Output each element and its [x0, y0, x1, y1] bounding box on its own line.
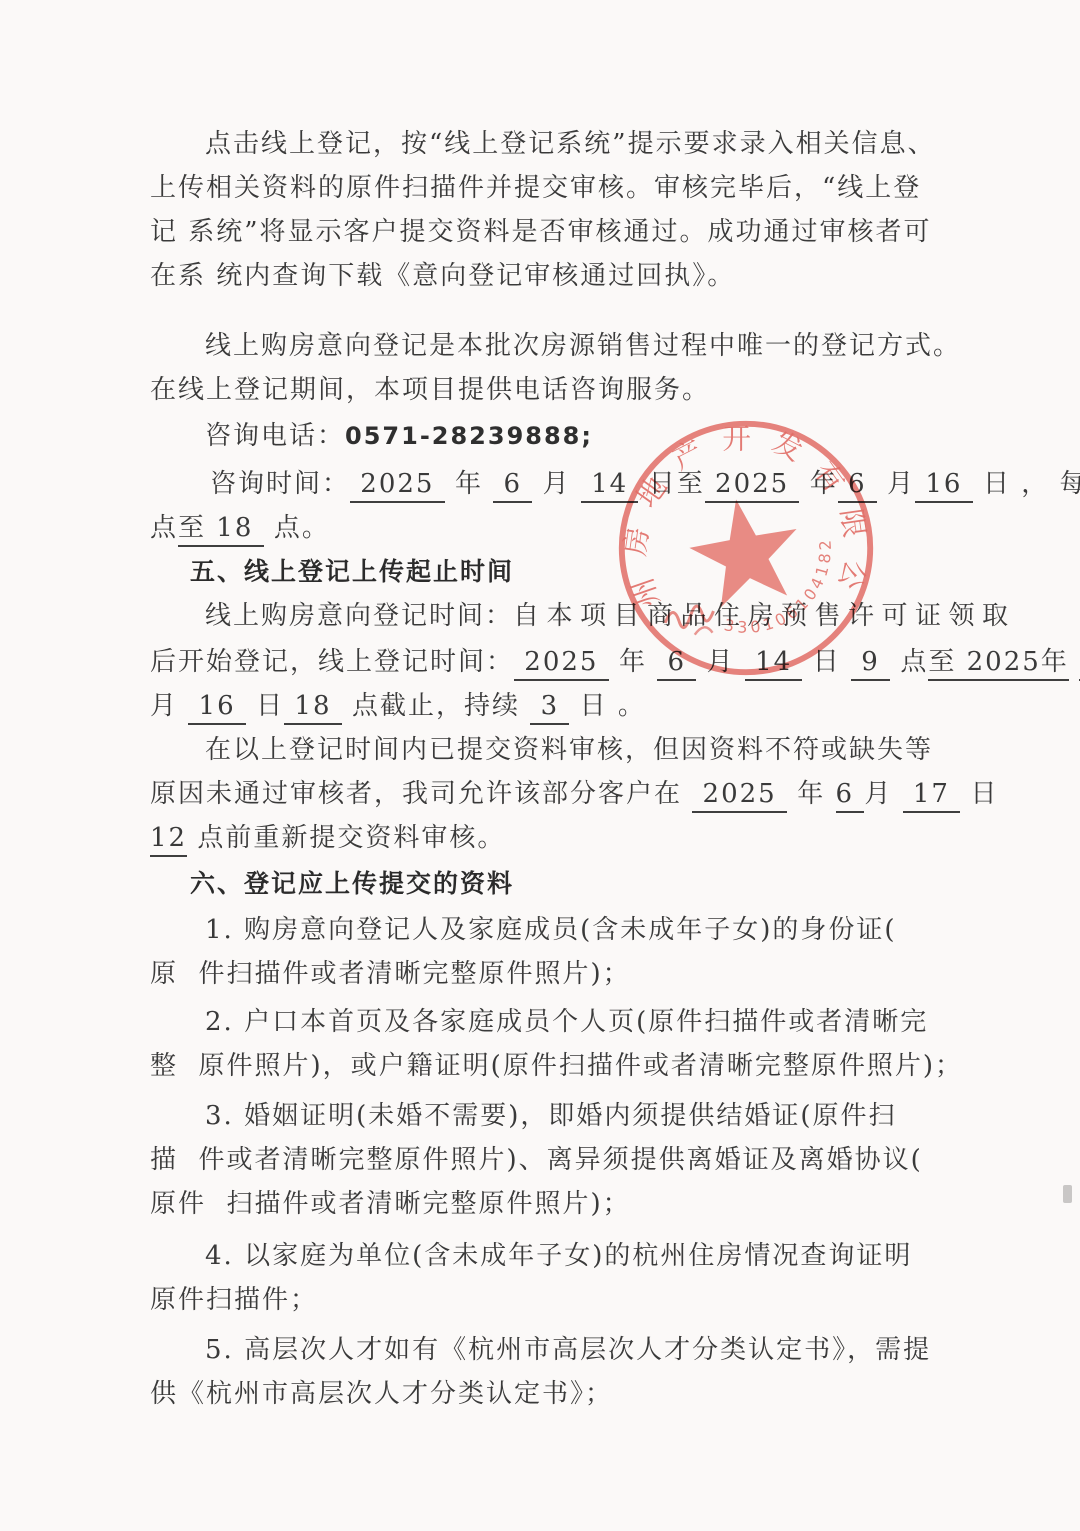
para5-line1: 线上购房意向登记时间：自本项目商品住房预售许可证领取	[150, 594, 950, 638]
section-5-heading: 五、线上登记上传起止时间	[150, 550, 950, 594]
text-segment: 在线上登记期间，本项目提供电话咨询服务。	[150, 375, 710, 405]
text-segment: 咨询电话：	[205, 421, 345, 451]
item3-line3: 原件 扫描件或者清晰完整原件照片)；	[150, 1182, 950, 1226]
text-segment: 月	[150, 691, 188, 721]
text-segment: 点	[150, 513, 178, 543]
blank-underlined-value: 2025	[692, 779, 787, 813]
blank-underlined-value: 16	[188, 691, 246, 725]
blank-underlined-value: 9	[851, 647, 890, 681]
text-segment: 原因未通过审核者，我司允许该部分客户在	[150, 779, 692, 809]
text-segment: 后开始登记，线上登记时间：	[150, 647, 514, 677]
para1-line2: 上传相关资料的原件扫描件并提交审核。审核完毕后，“线上登	[150, 166, 950, 210]
text-segment: 3. 婚姻证明(未婚不需要)，即婚内须提供结婚证(原件扫	[205, 1101, 897, 1131]
text-segment: 原 件扫描件或者清晰完整原件照片)；	[150, 959, 631, 989]
consult-phone-line: 咨询电话：0571-28239888;	[150, 414, 950, 458]
para5-line3: 月 16 日 18 点截止，持续 3 日 。	[150, 684, 950, 728]
text-segment: 1. 购房意向登记人及家庭成员(含未成年子女)的身份证(	[205, 915, 897, 945]
item5-line2: 供《杭州市高层次人才分类认定书》；	[150, 1372, 950, 1416]
text-segment: 年	[787, 779, 836, 809]
para6-line1: 在以上登记时间内已提交资料审核，但因资料不符或缺失等	[150, 728, 950, 772]
blank-underlined-value: 2025	[705, 469, 800, 503]
para6-line3: 12 点前重新提交资料审核。	[150, 816, 950, 860]
text-segment: 原件扫描件；	[150, 1285, 318, 1315]
blank-underlined-value: 14	[581, 469, 639, 503]
text-segment: 日	[638, 469, 676, 499]
text-segment: 4. 以家庭为单位(含未成年子女)的杭州住房情况查询证明	[205, 1241, 912, 1271]
text-segment: 点击线上登记，按“线上登记系统”提示要求录入相关信息、	[205, 129, 936, 159]
blank-underlined-value: 3	[530, 691, 569, 725]
text-segment: 点截止，持续	[342, 691, 531, 721]
blank-underlined-value: 至 2025年	[928, 647, 1068, 681]
item3-line1: 3. 婚姻证明(未婚不需要)，即婚内须提供结婚证(原件扫	[150, 1094, 950, 1138]
para6-line2: 原因未通过审核者，我司允许该部分客户在 2025 年 6 月 17 日	[150, 772, 950, 816]
document-body: 点击线上登记，按“线上登记系统”提示要求录入相关信息、上传相关资料的原件扫描件并…	[150, 122, 950, 1416]
item3-line2: 描 件或者清晰完整原件照片)、离异须提供离婚证及离婚协议(	[150, 1138, 950, 1182]
blank-underlined-value: 2025	[350, 469, 445, 503]
text-segment: 日	[246, 691, 284, 721]
item2-line2: 整 原件照片)，或户籍证明(原件扫描件或者清晰完整原件照片)；	[150, 1044, 950, 1088]
text-segment: 线上购房意向登记时间：	[205, 601, 513, 631]
text-segment: 日 。	[569, 691, 646, 721]
text-segment: 记 系统”将显示客户提交资料是否审核通过。成功通过审核者可	[150, 217, 932, 247]
text-segment: 日	[802, 647, 851, 677]
para2-line1: 线上购房意向登记是本批次房源销售过程中唯一的登记方式。	[150, 324, 950, 368]
text-segment: 年	[445, 469, 494, 499]
text-segment: 月	[696, 647, 745, 677]
consult-time-line1: 咨询时间： 2025 年 6 月 14 日至 2025 年 6 月 16 日 ，…	[150, 462, 950, 506]
text-segment: 年	[609, 647, 658, 677]
text-segment: 上传相关资料的原件扫描件并提交审核。审核完毕后，“线上登	[150, 173, 921, 203]
text-segment: 点	[890, 647, 928, 677]
text-segment: 咨询时间：	[210, 469, 350, 499]
item4-line1: 4. 以家庭为单位(含未成年子女)的杭州住房情况查询证明	[150, 1234, 950, 1278]
scanned-document-page: 点击线上登记，按“线上登记系统”提示要求录入相关信息、上传相关资料的原件扫描件并…	[0, 0, 1080, 1531]
item5-line1: 5. 高层次人才如有《杭州市高层次人才分类认定书》，需提	[150, 1328, 950, 1372]
text-segment: 原件 扫描件或者清晰完整原件照片)；	[150, 1189, 631, 1219]
para1-line4: 在系 统内查询下载《意向登记审核通过回执》。	[150, 254, 950, 298]
blank-underlined-value: 2025	[514, 647, 609, 681]
text-segment: 日 ， 每 天	[973, 469, 1080, 499]
text-segment: 自本项目商品住房预售许可证领取	[513, 601, 1016, 631]
text-segment: 点前重新提交资料审核。	[187, 823, 505, 853]
blank-underlined-value: 12	[150, 823, 187, 857]
text-segment: 在系 统内查询下载《意向登记审核通过回执》。	[150, 261, 735, 291]
item4-line2: 原件扫描件；	[150, 1278, 950, 1322]
para1-line3: 记 系统”将显示客户提交资料是否审核通过。成功通过审核者可	[150, 210, 950, 254]
blank-underlined-value: 6	[493, 469, 532, 503]
text-segment: 月	[532, 469, 581, 499]
text-segment: 点。	[264, 513, 330, 543]
text-segment: 整 原件照片)，或户籍证明(原件扫描件或者清晰完整原件照片)；	[150, 1051, 963, 1081]
item1-line2: 原 件扫描件或者清晰完整原件照片)；	[150, 952, 950, 996]
item1-line1: 1. 购房意向登记人及家庭成员(含未成年子女)的身份证(	[150, 908, 950, 952]
item2-line1: 2. 户口本首页及各家庭成员个人页(原件扫描件或者清晰完	[150, 1000, 950, 1044]
para1-line1: 点击线上登记，按“线上登记系统”提示要求录入相关信息、	[150, 122, 950, 166]
blank-underlined-value: 6	[838, 469, 877, 503]
text-segment: 五、线上登记上传起止时间	[190, 557, 514, 586]
blank-underlined-value: 14	[745, 647, 803, 681]
text-segment: 描 件或者清晰完整原件照片)、离异须提供离婚证及离婚协议(	[150, 1145, 923, 1175]
scan-artifact	[1063, 1185, 1072, 1203]
blank-underlined-value: 至 18	[178, 513, 264, 547]
blank-underlined-value: 6	[657, 647, 696, 681]
para5-line2: 后开始登记，线上登记时间： 2025 年 6 月 14 日 9 点至 2025年…	[150, 640, 950, 684]
blank-underlined-value: 6	[836, 779, 865, 813]
text-segment: 月	[864, 779, 902, 809]
text-segment: 供《杭州市高层次人才分类认定书》；	[150, 1379, 613, 1409]
text-segment: 至	[677, 469, 705, 499]
para2-line2: 在线上登记期间，本项目提供电话咨询服务。	[150, 368, 950, 412]
text-segment	[1069, 647, 1079, 677]
text-segment: 线上购房意向登记是本批次房源销售过程中唯一的登记方式。	[205, 331, 961, 361]
text-segment: 0571-28239888;	[345, 422, 593, 450]
blank-underlined-value: 18	[284, 691, 342, 725]
text-segment: 日	[960, 779, 998, 809]
blank-underlined-value: 17	[903, 779, 961, 813]
consult-time-line2: 点至 18 点。	[150, 506, 950, 550]
text-segment: 2. 户口本首页及各家庭成员个人页(原件扫描件或者清晰完	[205, 1007, 928, 1037]
text-segment: 月	[877, 469, 915, 499]
section-6-heading: 六、登记应上传提交的资料	[150, 862, 950, 906]
text-segment: 5. 高层次人才如有《杭州市高层次人才分类认定书》，需提	[205, 1335, 931, 1365]
blank-underlined-value: 16	[915, 469, 973, 503]
text-segment: 在以上登记时间内已提交资料审核，但因资料不符或缺失等	[205, 735, 933, 765]
text-segment: 六、登记应上传提交的资料	[190, 869, 514, 898]
text-segment: 年	[799, 469, 837, 499]
